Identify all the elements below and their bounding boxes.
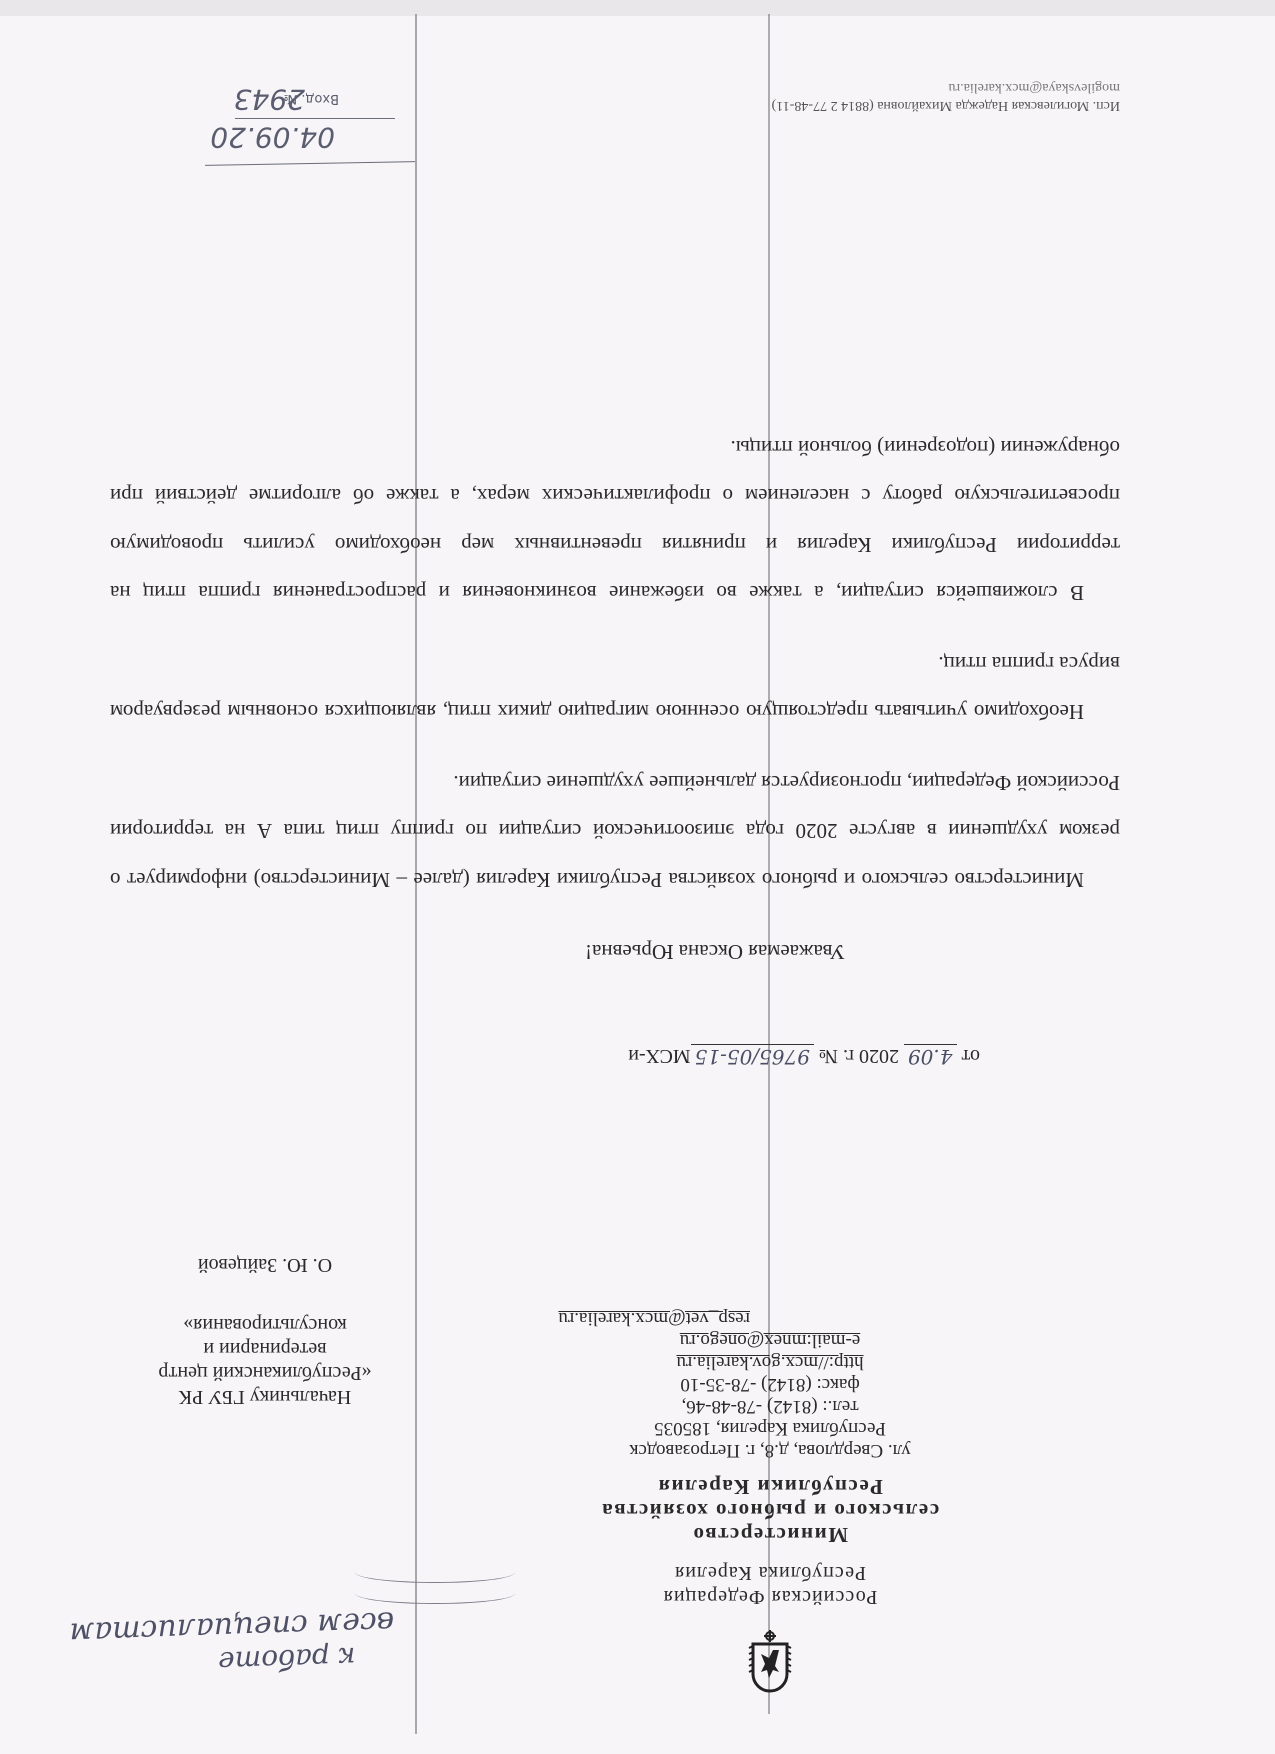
country-name: Российская Федерация bbox=[560, 1585, 980, 1609]
fax: факс: (8142) -78-35-10 bbox=[560, 1373, 980, 1395]
address-line2: Республика Карелия, 185035 bbox=[560, 1417, 980, 1439]
body-paragraph: Министерство сельского и рыбного хозяйст… bbox=[110, 759, 1120, 905]
addressee-name: О. Ю. Зайцевой bbox=[85, 1253, 445, 1277]
addressee-block: Начальнику ГБУ РК «Республиканский центр… bbox=[85, 1253, 445, 1409]
phone: тел.: (8142) -78-48-46, bbox=[560, 1395, 980, 1417]
handwritten-resolution: к работе всем специалистам bbox=[69, 1604, 396, 1689]
stamp-date: 04.09.20 bbox=[210, 121, 335, 154]
body-paragraph: В сложившейся ситуации, а также во избеж… bbox=[110, 424, 1120, 618]
ministry-name-line2: сельского и рыбного хозяйства bbox=[560, 1499, 980, 1523]
addressee-line4: консультирования» bbox=[85, 1313, 445, 1337]
karelia-coat-of-arms-icon bbox=[747, 1628, 793, 1694]
greeting: Уважаемая Оксана Юрьевна! bbox=[585, 939, 845, 964]
incoming-stamp: 04.09.20 Вход. № 2943 bbox=[205, 54, 435, 164]
republic-name: Республика Карелия bbox=[560, 1561, 980, 1585]
letterhead: Российская Федерация Республика Карелия … bbox=[560, 1307, 980, 1694]
website-link[interactable]: http://mcx.gov.karelia.ru bbox=[560, 1351, 980, 1373]
addressee-line3: ветеринарии и bbox=[85, 1337, 445, 1361]
address-line1: ул. Свердлова, д.8, г. Петрозаводск bbox=[560, 1439, 980, 1461]
registration-line: от 4.09 2020 г. № 9765/05-15МСХ-и bbox=[628, 1044, 980, 1069]
letter-body: Министерство сельского и рыбного хозяйст… bbox=[110, 424, 1120, 905]
reg-number: 9765/05-15 bbox=[691, 1044, 814, 1069]
email-link[interactable]: e-mail:mnex@onego.ru bbox=[560, 1329, 980, 1351]
reg-suffix: МСХ-и bbox=[628, 1045, 690, 1067]
addressee-line1: Начальнику ГБУ РК bbox=[85, 1385, 445, 1409]
stamp-number: 2943 bbox=[234, 83, 305, 116]
executor-line: Исп. Могилевская Надежда Михайловна (881… bbox=[772, 96, 1120, 114]
executor-email: mogilevskaya@mcx.karelia.ru bbox=[772, 78, 1120, 96]
ministry-name-line1: Министерство bbox=[560, 1523, 980, 1547]
executor-info: Исп. Могилевская Надежда Михайловна (881… bbox=[772, 78, 1120, 114]
addressee-line2: «Республиканский центр bbox=[85, 1361, 445, 1385]
reg-date: 4.09 bbox=[904, 1044, 957, 1069]
stamp-line bbox=[205, 161, 415, 166]
reg-year: 2020 г. № bbox=[819, 1045, 899, 1067]
ministry-name-line3: Республики Карелия bbox=[560, 1475, 980, 1499]
vet-email-link[interactable]: resp_vet@mcx.karelia.ru bbox=[560, 1307, 750, 1329]
scan-edge bbox=[0, 0, 1275, 16]
stamp-line bbox=[235, 118, 395, 119]
reg-prefix: от bbox=[962, 1045, 980, 1067]
scanned-letter-page: Российская Федерация Республика Карелия … bbox=[0, 0, 1275, 1754]
resolution-strokes bbox=[355, 1564, 515, 1604]
body-paragraph: Необходимо учитывать предстоящую осеннюю… bbox=[110, 640, 1120, 737]
ministry-contacts: ул. Свердлова, д.8, г. Петрозаводск Респ… bbox=[560, 1307, 980, 1461]
